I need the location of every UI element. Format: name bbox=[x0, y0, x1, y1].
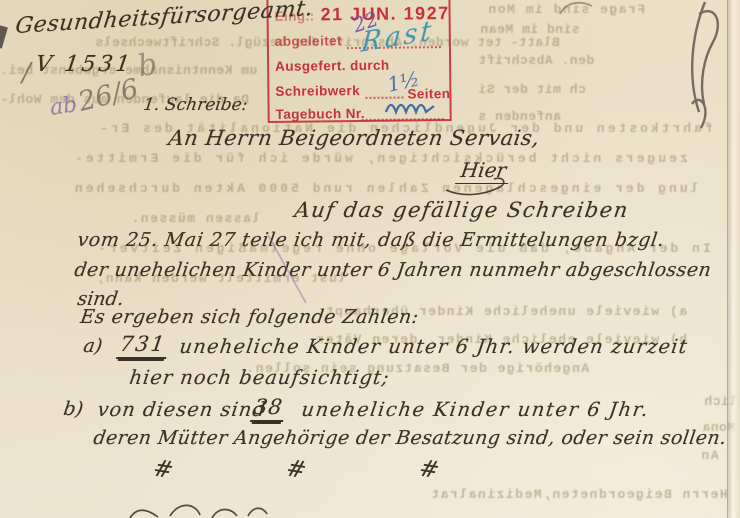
bleedthrough-line: zeugers nicht berücksichtigen, würde ich… bbox=[72, 151, 688, 166]
stamp-ausgefertigt-label: Ausgefert. durch bbox=[275, 58, 390, 74]
item-b-number: 38 bbox=[250, 395, 287, 422]
item-a-text-2: hier noch beaufsichtigt; bbox=[128, 366, 391, 389]
bleedthrough-line: An bbox=[700, 448, 719, 463]
stamp-dotted-line bbox=[365, 96, 403, 99]
body-line-3: der unehelichen Kinder unter 6 Jahren nu… bbox=[73, 259, 713, 281]
hash-mark-1: # bbox=[150, 455, 176, 484]
item-b-label: b) bbox=[62, 398, 85, 420]
body-line-5: Es ergeben sich folgende Zahlen: bbox=[79, 306, 420, 328]
pencil-note-ab: ab bbox=[48, 92, 78, 121]
bleedthrough-line: den. Abschrift bbox=[478, 53, 594, 68]
item-a-text: uneheliche Kinder unter 6 Jhr. werden zu… bbox=[178, 335, 690, 358]
pencil-slash: / bbox=[22, 58, 31, 88]
bleedthrough-line: lassen müssen. bbox=[130, 211, 260, 226]
pencil-checkmark: b bbox=[135, 47, 160, 85]
item-b-pre: von diesen sind bbox=[96, 398, 268, 421]
bleedthrough-line: Herrn Beigeordneten,Medizinalrat bbox=[430, 487, 728, 502]
stamp-dotted-line bbox=[362, 117, 444, 121]
page-edge bbox=[727, 0, 740, 518]
document-page: Frage sind im Mon sind im Mean Blatt- te… bbox=[0, 0, 740, 518]
bleedthrough-line: ch mit der Si bbox=[478, 82, 586, 97]
body-line-2: vom 25. Mai 27 teile ich mit, daß die Er… bbox=[76, 229, 666, 251]
file-number: V 1531 bbox=[34, 52, 134, 77]
address-line: An Herrn Beigeordneten Servais, bbox=[167, 126, 541, 150]
pencil-paraph bbox=[692, 2, 718, 128]
stamp-schreibwerk-label: Schreibwerk bbox=[275, 83, 360, 99]
hash-mark-2: # bbox=[283, 455, 309, 484]
place-line-hier: Hier bbox=[455, 158, 512, 184]
stamp-abgeleitet-label: abgeleitet bbox=[275, 33, 342, 49]
bleedthrough-line: lung der eingeschlagenen Zahlen rund 500… bbox=[72, 181, 698, 196]
body-line-1: Auf das gefällige Schreiben bbox=[293, 198, 631, 222]
corner-mark bbox=[0, 25, 8, 48]
hash-mark-3: # bbox=[416, 455, 442, 484]
item-b-post: uneheliche Kinder unter 6 Jhr. bbox=[300, 398, 651, 421]
stamp-tagebuch-label: Tagebuch Nr. bbox=[276, 106, 365, 122]
pencil-date: 26/6 bbox=[75, 73, 141, 118]
item-b-text-2: deren Mütter Angehörige der Besatzung si… bbox=[92, 427, 728, 449]
item-a-label: a) bbox=[82, 335, 104, 357]
cutoff-handwriting-stroke bbox=[130, 505, 267, 518]
item-a-number: 731 bbox=[116, 332, 170, 359]
bleedthrough-line: Frage sind im Mon bbox=[487, 2, 645, 17]
item-number-label: 1. Schreibe: bbox=[142, 95, 249, 115]
